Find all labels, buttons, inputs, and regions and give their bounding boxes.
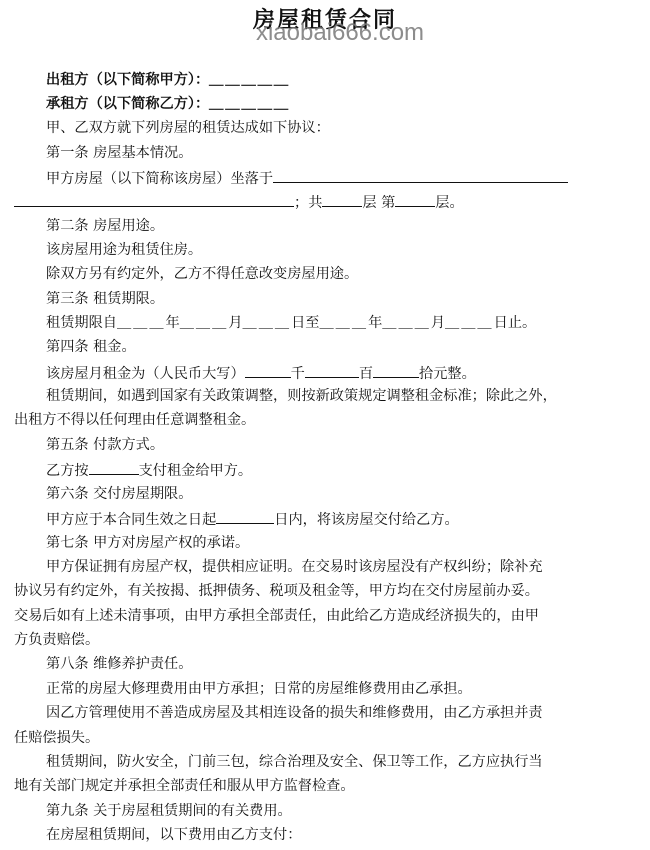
location-prefix: 甲方房屋（以下简称该房屋）坐落于 <box>46 171 273 187</box>
article2-p2: 除双方另有约定外，乙方不得任意改变房屋用途。 <box>46 265 358 283</box>
watermark: xiaobai666.com <box>0 19 650 47</box>
article8-p1: 正常的房屋大修理费用由甲方承担；日常的房屋维修费用由乙承担。 <box>46 680 472 698</box>
month-label: 月 <box>431 315 445 331</box>
end-month-blank[interactable]: ＿＿＿ <box>382 315 431 331</box>
delivery-prefix: 甲方应于本合同生效之日起 <box>46 512 216 528</box>
payment-prefix: 乙方按 <box>46 463 89 479</box>
thousand-label: 千 <box>291 366 305 382</box>
payment-suffix: 支付租金给甲方。 <box>139 463 253 479</box>
article1-floors-line: ；共层 第层。 <box>14 192 464 212</box>
rent-hundred-blank[interactable] <box>305 363 359 378</box>
rent-prefix: 该房屋月租金为（人民币大写） <box>46 366 245 382</box>
intro-text: 甲、乙双方就下列房屋的租赁达成如下协议： <box>46 119 330 137</box>
lessee-label: 承租方（以下简称乙方）： <box>46 96 209 112</box>
end-day-blank[interactable]: ＿＿＿ <box>445 315 494 331</box>
end-year-blank[interactable]: ＿＿＿ <box>319 315 368 331</box>
article7-line1: 甲方保证拥有房屋产权，提供相应证明。在交易时该房屋没有产权纠纷；除补充 <box>46 558 543 576</box>
rent-ten-blank[interactable] <box>373 363 419 378</box>
article8-heading: 第八条 维修养护责任。 <box>46 655 192 673</box>
floors-total-blank[interactable] <box>322 192 362 207</box>
floors-total-prefix: ；共 <box>294 195 322 211</box>
article7-heading: 第七条 甲方对房屋产权的承诺。 <box>46 534 249 552</box>
hundred-label: 百 <box>359 366 373 382</box>
delivery-suffix: 日内，将该房屋交付给乙方。 <box>274 512 458 528</box>
day-end-label: 日止。 <box>494 315 537 331</box>
article4-rent-line: 该房屋月租金为（人民币大写）千百拾元整。 <box>46 363 476 383</box>
lessor-line: 出租方（以下简称甲方）：＿＿＿＿＿ <box>46 71 290 89</box>
document-page: 房屋租赁合同 xiaobai666.com 出租方（以下简称甲方）：＿＿＿＿＿ … <box>0 0 650 850</box>
article4-p2-line2: 出租方不得以任何理由任意调整租金。 <box>14 411 255 429</box>
lessee-line: 承租方（以下简称乙方）：＿＿＿＿＿ <box>46 95 290 113</box>
day-to-label: 日至 <box>291 315 319 331</box>
article5-payment-line: 乙方按支付租金给甲方。 <box>46 460 252 480</box>
article6-delivery-line: 甲方应于本合同生效之日起日内，将该房屋交付给乙方。 <box>46 509 459 529</box>
start-month-blank[interactable]: ＿＿＿ <box>180 315 229 331</box>
term-prefix: 租赁期限自 <box>46 315 117 331</box>
article8-p3-line2: 地有关部门规定并承担全部责任和服从甲方监督检查。 <box>14 777 355 795</box>
delivery-days-blank[interactable] <box>216 509 274 524</box>
article9-heading: 第九条 关于房屋租赁期间的有关费用。 <box>46 802 292 820</box>
start-day-blank[interactable]: ＿＿＿ <box>243 315 292 331</box>
article3-term-line: 租赁期限自＿＿＿年＿＿＿月＿＿＿日至＿＿＿年＿＿＿月＿＿＿日止。 <box>46 314 536 332</box>
year-label: 年 <box>166 315 180 331</box>
rent-thousand-blank[interactable] <box>245 363 291 378</box>
article8-p2-line1: 因乙方管理使用不善造成房屋及其相连设备的损失和维修费用，由乙方承担并责 <box>46 704 543 722</box>
ten-suffix: 拾元整。 <box>419 366 476 382</box>
article1-heading: 第一条 房屋基本情况。 <box>46 144 192 162</box>
article6-heading: 第六条 交付房屋期限。 <box>46 485 192 503</box>
location-blank-cont[interactable] <box>14 192 294 207</box>
year-label: 年 <box>368 315 382 331</box>
article9-p1: 在房屋租赁期间，以下费用由乙方支付： <box>46 826 301 844</box>
location-blank[interactable] <box>273 168 568 183</box>
lessor-blank[interactable]: ＿＿＿＿＿ <box>209 72 290 88</box>
article4-heading: 第四条 租金。 <box>46 338 136 356</box>
article2-p1: 该房屋用途为租赁住房。 <box>46 241 202 259</box>
article8-p2-line2: 任赔偿损失。 <box>14 729 99 747</box>
article7-line3: 交易后如有上述未清事项，由甲方承担全部责任，由此给乙方造成经济损失的，由甲 <box>14 607 539 625</box>
payment-method-blank[interactable] <box>89 460 139 475</box>
floor-number-blank[interactable] <box>395 192 435 207</box>
article2-heading: 第二条 房屋用途。 <box>46 217 164 235</box>
floors-suffix: 层。 <box>435 195 463 211</box>
article1-location-line: 甲方房屋（以下简称该房屋）坐落于 <box>46 168 568 188</box>
floors-total-suffix: 层 第 <box>362 195 395 211</box>
lessor-label: 出租方（以下简称甲方）： <box>46 72 209 88</box>
start-year-blank[interactable]: ＿＿＿ <box>117 315 166 331</box>
article3-heading: 第三条 租赁期限。 <box>46 290 164 308</box>
article4-p2-line1: 租赁期间，如遇到国家有关政策调整，则按新政策规定调整租金标准；除此之外， <box>46 387 557 405</box>
article7-line2: 协议另有约定外，有关按揭、抵押债务、税项及租金等，甲方均在交付房屋前办妥。 <box>14 582 539 600</box>
month-label: 月 <box>228 315 242 331</box>
lessee-blank[interactable]: ＿＿＿＿＿ <box>209 96 290 112</box>
article5-heading: 第五条 付款方式。 <box>46 436 164 454</box>
article8-p3-line1: 租赁期间，防火安全，门前三包，综合治理及安全、保卫等工作，乙方应执行当 <box>46 753 543 771</box>
article7-line4: 方负责赔偿。 <box>14 631 99 649</box>
